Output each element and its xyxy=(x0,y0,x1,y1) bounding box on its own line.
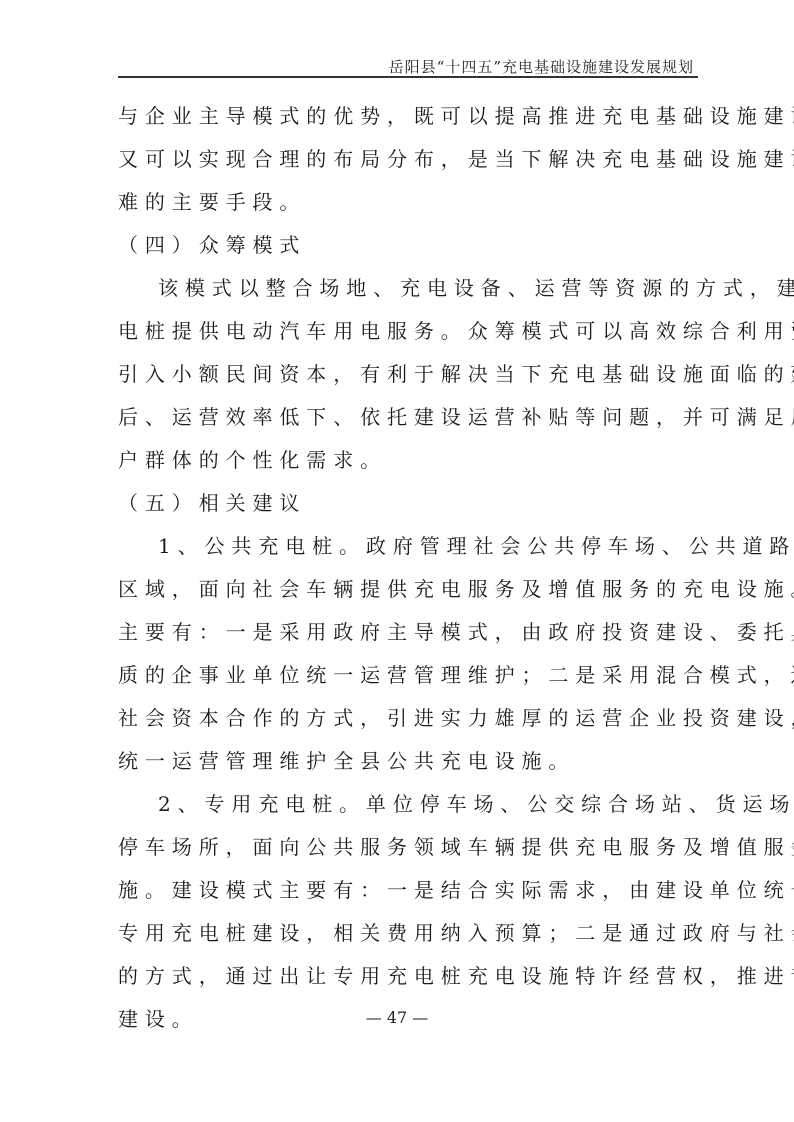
text-line: 的方式，通过出让专用充电桩充电设施特许经营权，推进专用充电桩 xyxy=(118,959,680,1002)
paragraph-start: 1、公共充电桩。政府管理社会公共停车场、公共道路停车位等 xyxy=(118,529,680,572)
text-line: 引入小额民间资本，有利于解决当下充电基础设施面临的建设速度滞 xyxy=(118,357,680,400)
document-body: 与企业主导模式的优势，既可以提高推进充电基础设施建设的速度， 又可以实现合理的布… xyxy=(118,99,680,1045)
text-line: 后、运营效率低下、依托建设运营补贴等问题，并可满足用户或小用 xyxy=(118,400,680,443)
text-line: 施。建设模式主要有：一是结合实际需求，由建设单位统一安排单位 xyxy=(118,873,680,916)
text-line: 停车场所，面向公共服务领域车辆提供充电服务及增值服务的充电设 xyxy=(118,830,680,873)
text-line: 又可以实现合理的布局分布，是当下解决充电基础设施建设难与运营 xyxy=(118,142,680,185)
text-line: 质的企事业单位统一运营管理维护；二是采用混合模式，通过政府与 xyxy=(118,658,680,701)
text-line: 统一运营管理维护全县公共充电设施。 xyxy=(118,744,680,787)
text-line: 社会资本合作的方式，引进实力雄厚的运营企业投资建设，并由企业 xyxy=(118,701,680,744)
text-line: 难的主要手段。 xyxy=(118,185,680,228)
running-header: 岳阳县“十四五”充电基础设施建设发展规划 xyxy=(118,56,694,76)
text-line: 区域，面向社会车辆提供充电服务及增值服务的充电设施。建设模式 xyxy=(118,572,680,615)
text-line: 与企业主导模式的优势，既可以提高推进充电基础设施建设的速度， xyxy=(118,99,680,142)
paragraph-start: 该模式以整合场地、充电设备、运营等资源的方式，建设分散充 xyxy=(118,271,680,314)
text-line: 主要有：一是采用政府主导模式，由政府投资建设、委托具有相关资 xyxy=(118,615,680,658)
page-number: — 47 — xyxy=(0,1008,794,1027)
text-line: 户群体的个性化需求。 xyxy=(118,443,680,486)
section-heading-crowdfunding: （四）众筹模式 xyxy=(118,228,680,271)
text-line: 电桩提供电动汽车用电服务。众筹模式可以高效综合利用资源，适度 xyxy=(118,314,680,357)
paragraph-start: 2、专用充电桩。单位停车场、公交综合场站、货运场站等专用 xyxy=(118,787,680,830)
text-line: 专用充电桩建设，相关费用纳入预算；二是通过政府与社会资本合作 xyxy=(118,916,680,959)
section-heading-suggestions: （五）相关建议 xyxy=(118,486,680,529)
header-rule xyxy=(118,76,698,78)
